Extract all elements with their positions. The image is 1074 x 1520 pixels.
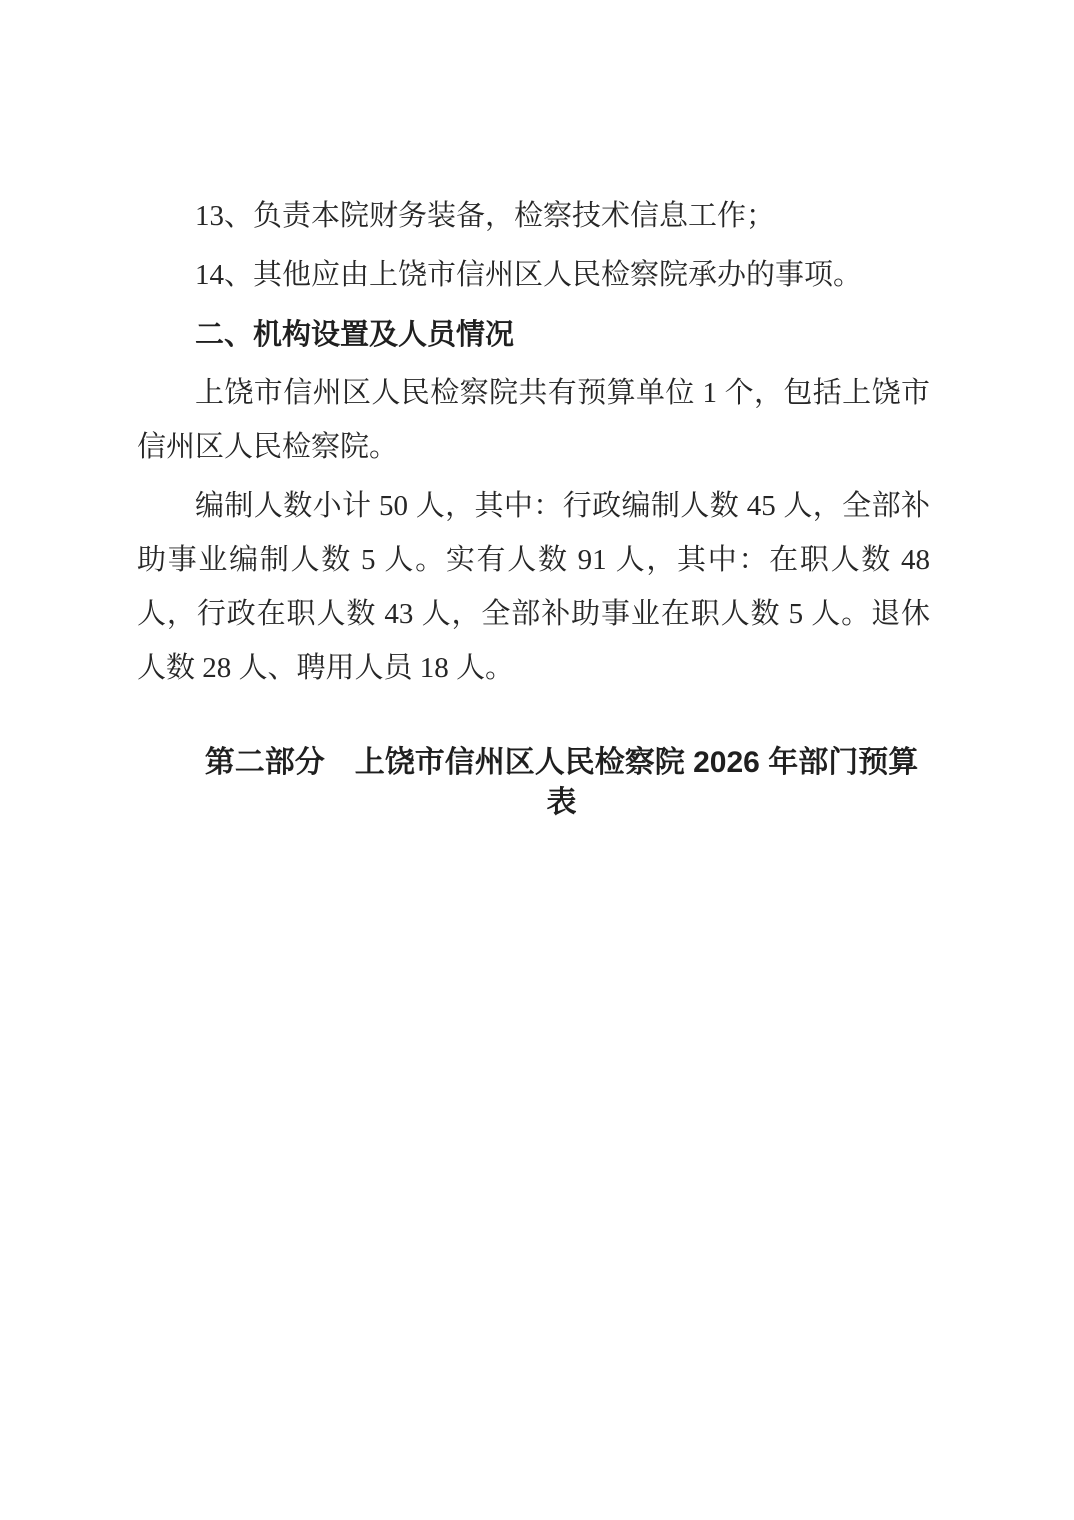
paragraph-budget-units: 上饶市信州区人民检察院共有预算单位 1 个，包括上饶市信州区人民检察院。	[137, 366, 930, 474]
list-item-14: 14、其他应由上饶市信州区人民检察院承办的事项。	[137, 248, 930, 302]
part-two-heading: 第二部分 上饶市信州区人民检察院 2026 年部门预算表	[137, 743, 930, 823]
list-item-13: 13、负责本院财务装备，检察技术信息工作；	[137, 189, 930, 243]
section-heading-org-and-personnel: 二、机构设置及人员情况	[137, 307, 930, 363]
paragraph-staffing-figures: 编制人数小计 50 人，其中：行政编制人数 45 人，全部补助事业编制人数 5 …	[137, 479, 930, 695]
document-page: 13、负责本院财务装备，检察技术信息工作； 14、其他应由上饶市信州区人民检察院…	[0, 0, 1074, 1520]
document-content: 13、负责本院财务装备，检察技术信息工作； 14、其他应由上饶市信州区人民检察院…	[137, 189, 930, 823]
